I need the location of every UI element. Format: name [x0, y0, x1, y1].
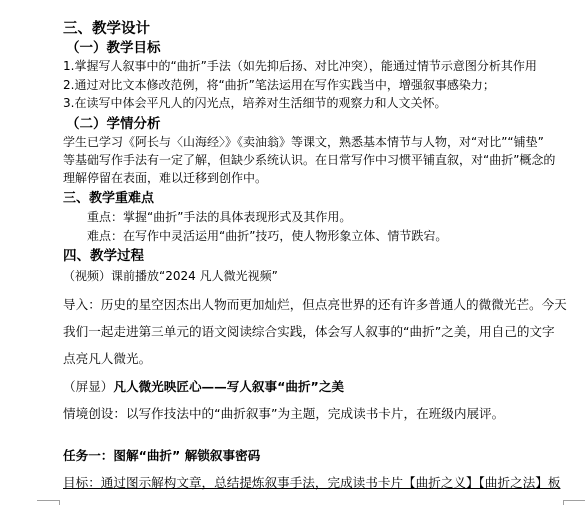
intro-line-2: 我们一起走进第三单元的语文阅读综合实践，体会写人叙事的“曲折”之美，用自己的文字	[63, 324, 555, 339]
key-point: 重点：掌握“曲折”手法的具体表现形式及其作用。	[87, 210, 351, 224]
scenario-line: 情境创设：以写作技法中的“曲折叙事”为主题，完成读书卡片，在班级内展评。	[63, 406, 504, 421]
page-corner-mark-right	[563, 500, 585, 505]
analysis-line-1: 学生已学习《阿长与〈山海经〉》《卖油翁》等课文，熟悉基本情节与人物，对“对比”“…	[63, 135, 544, 149]
screen-display-line: （屏显）凡人微光映匠心——写人叙事“曲折”之美	[63, 379, 344, 394]
goal-item-3: 3.在读写中体会平凡人的闪光点，培养对生活细节的观察力和人文关怀。	[63, 96, 446, 110]
intro-line-1: 导入：历史的星空因杰出人物而更加灿烂，但点亮世界的还有许多普通人的微微光芒。今天	[63, 297, 567, 312]
subheading-teaching-goals: （一）教学目标	[66, 40, 161, 56]
section-heading-teaching-process: 四、教学过程	[63, 248, 144, 264]
screen-display-title: 凡人微光映匠心——写人叙事“曲折”之美	[113, 379, 344, 394]
task1-goal: 目标：通过图示解构文章，总结提炼叙事手法，完成读书卡片【曲折之义】【曲折之法】板	[63, 475, 560, 490]
intro-line-3: 点亮凡人微光。	[63, 351, 151, 366]
goal-item-1: 1.掌握写人叙事中的“曲折”手法（如先抑后扬、对比冲突），能通过情节示意图分析其…	[63, 59, 537, 73]
analysis-line-3: 理解停留在表面，难以迁移到创作中。	[63, 171, 267, 185]
screen-display-prefix: （屏显）	[63, 379, 113, 394]
subheading-student-analysis: （二）学情分析	[66, 116, 161, 132]
video-note: （视频）课前播放“2024 凡人微光视频”	[63, 269, 278, 283]
page-corner-mark-left	[37, 500, 60, 505]
difficult-point: 难点：在写作中灵活运用“曲折”技巧，使人物形象立体、情节跌宕。	[87, 229, 447, 243]
task1-title: 任务一：图解“曲折” 解锁叙事密码	[63, 448, 260, 463]
goal-item-2: 2.通过对比文本修改范例，将“曲折”笔法运用在写作实践当中，增强叙事感染力；	[63, 78, 495, 92]
heading-key-difficult-points: 三、教学重难点	[63, 191, 154, 206]
section-heading-teaching-design: 三、教学设计	[63, 21, 150, 37]
analysis-line-2: 等基础写作手法有一定了解，但缺少系统认识。在日常写作中习惯平铺直叙，对“曲折”概…	[63, 153, 555, 167]
